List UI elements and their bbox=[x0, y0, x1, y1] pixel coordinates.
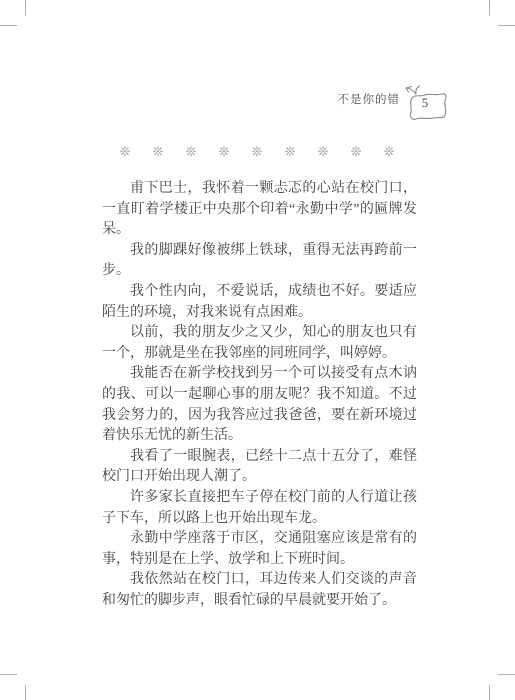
crop-mark-bottom-right-vertical bbox=[489, 685, 490, 700]
body-text: 甫下巴士，我怀着一颗忐忑的心站在校门口，一直盯着学楼正中央那个印着“永勤中学”的… bbox=[102, 179, 417, 611]
crop-mark-bottom-right-horizontal bbox=[498, 674, 515, 675]
crop-mark-top-left-vertical bbox=[25, 0, 26, 15]
paragraph-8: 永勤中学座落于市区，交通阻塞应该是常有的事，特别是在上学、放学和上下班时间。 bbox=[102, 529, 417, 570]
flower-ornament-row: ❊ ❊ ❊ ❊ ❊ ❊ ❊ ❊ ❊ bbox=[0, 143, 515, 163]
crop-mark-top-left-horizontal bbox=[0, 25, 17, 26]
page-number: 5 bbox=[417, 95, 433, 111]
running-head-book-title: 不是你的错 bbox=[338, 91, 401, 107]
paragraph-6: 我看了一眼腕表，已经十二点十五分了，难怪校门口开始出现人潮了。 bbox=[102, 447, 417, 488]
paragraph-9: 我依然站在校门口，耳边传来人们交谈的声音和匆忙的脚步声，眼看忙碌的早晨就要开始了… bbox=[102, 570, 417, 611]
crop-mark-top-right-horizontal bbox=[498, 25, 515, 26]
paragraph-5: 我能否在新学校找到另一个可以接受有点木讷的我、可以一起聊心事的朋友呢？我不知道。… bbox=[102, 364, 417, 446]
crop-mark-bottom-left-vertical bbox=[25, 685, 26, 700]
paragraph-7: 许多家长直接把车子停在校门前的人行道让孩子下车，所以路上也开始出现车龙。 bbox=[102, 488, 417, 529]
page-number-badge: 5 bbox=[403, 83, 451, 125]
crop-mark-bottom-left-horizontal bbox=[0, 674, 17, 675]
paragraph-3: 我个性内向，不爱说话，成绩也不好。要适应陌生的环境，对我来说有点困难。 bbox=[102, 282, 417, 323]
paragraph-2: 我的脚踝好像被绑上铁球，重得无法再跨前一步。 bbox=[102, 241, 417, 282]
book-page: 不是你的错 5 ❊ ❊ ❊ ❊ ❊ ❊ ❊ ❊ ❊ 甫下巴士，我怀着一颗忐忑的心… bbox=[0, 0, 515, 700]
paragraph-4: 以前，我的朋友少之又少，知心的朋友也只有一个，那就是坐在我邻座的同班同学，叫婷婷… bbox=[102, 323, 417, 364]
paragraph-1: 甫下巴士，我怀着一颗忐忑的心站在校门口，一直盯着学楼正中央那个印着“永勤中学”的… bbox=[102, 179, 417, 241]
crop-mark-top-right-vertical bbox=[489, 0, 490, 15]
